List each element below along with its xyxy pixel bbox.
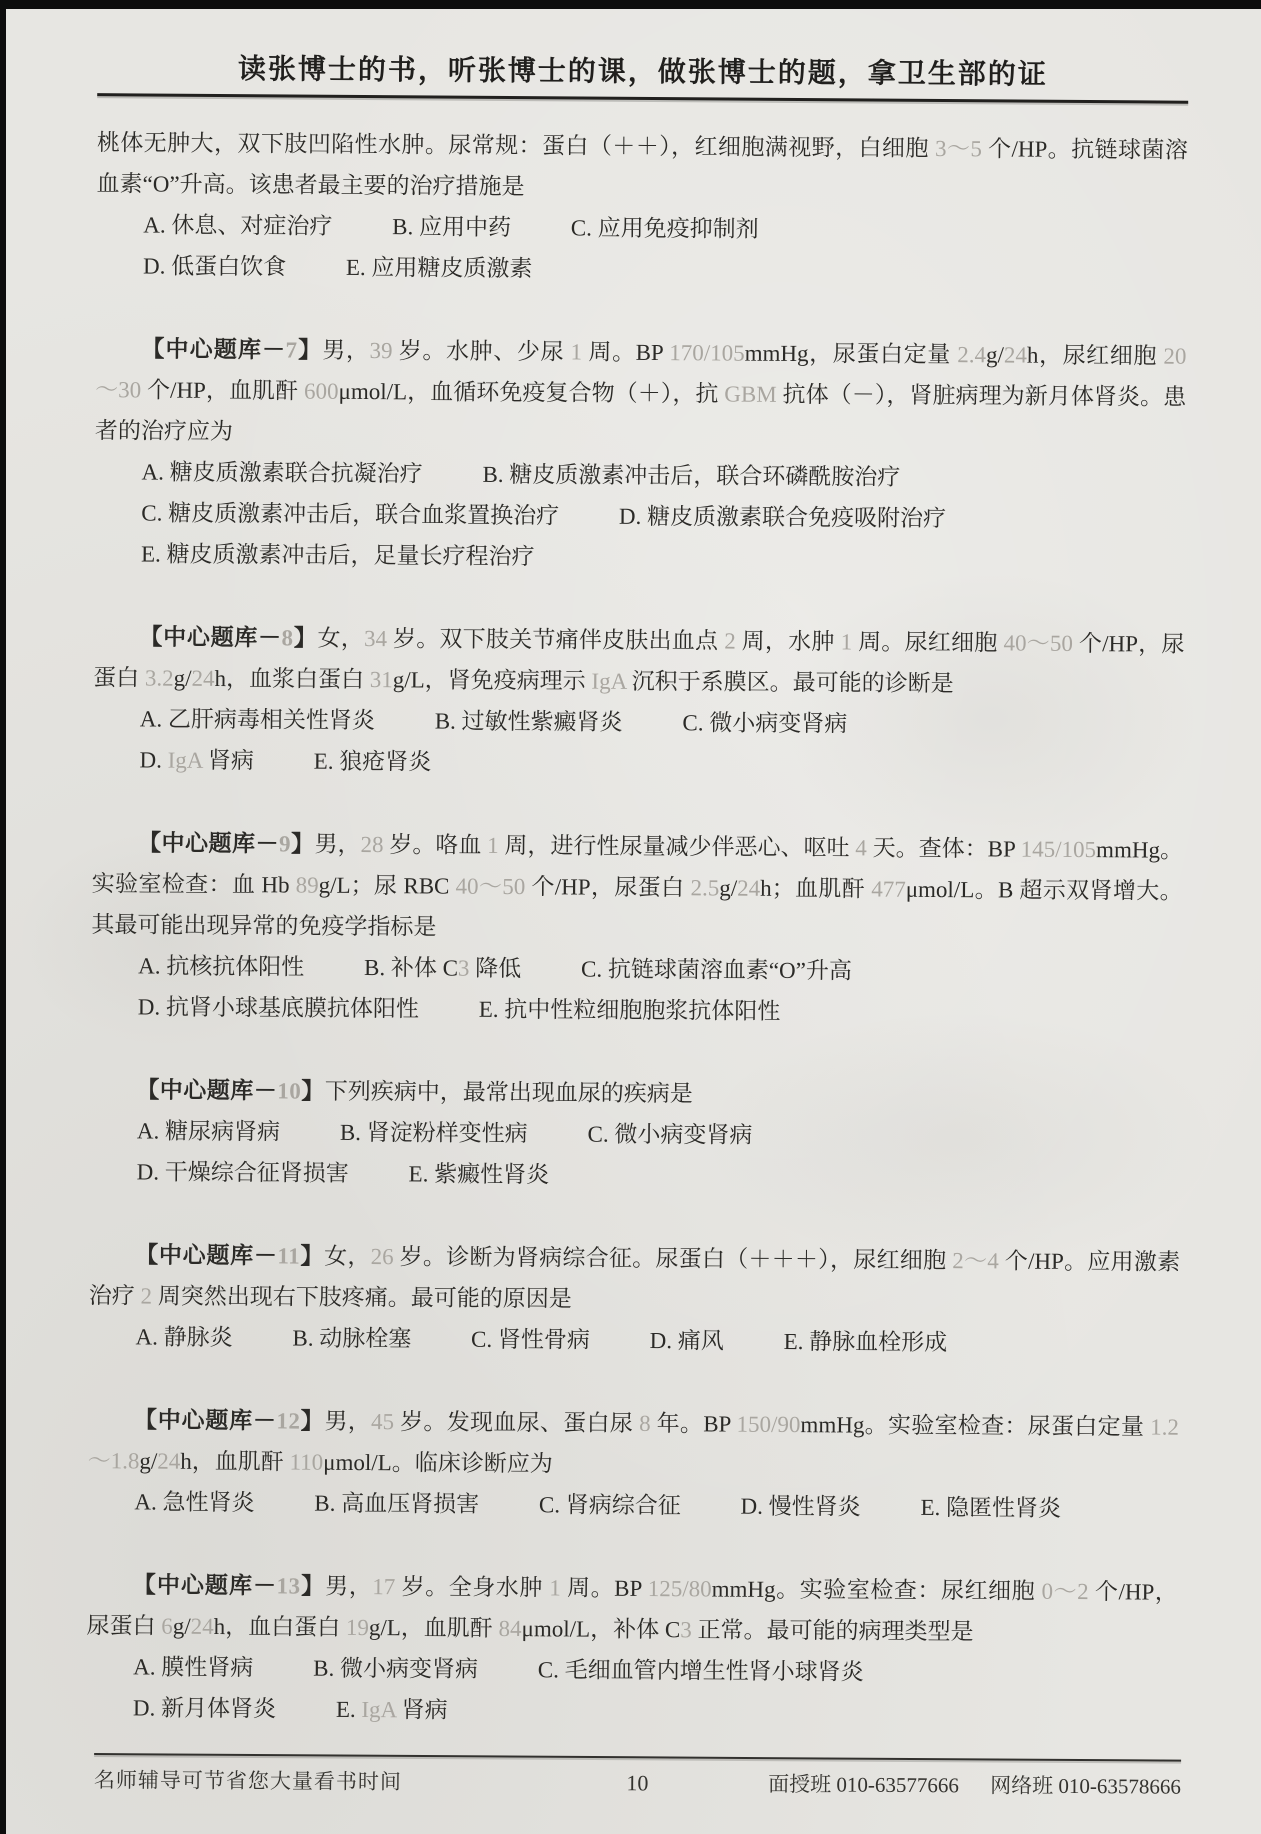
text-segment: 】 xyxy=(297,338,322,363)
text-segment: B. 动脉栓塞 xyxy=(292,1326,411,1352)
text-segment: 周。BP xyxy=(561,1575,648,1601)
faded-print-text: 24 xyxy=(191,666,214,691)
faded-print-text: 1 xyxy=(487,833,499,858)
text-segment: 【中心题库－ xyxy=(138,830,279,856)
text-segment: 【中心题库－ xyxy=(136,1077,277,1103)
scanned-book-page: 读张博士的书，听张博士的课，做张博士的题，拿卫生部的证 桃体无肿大，双下肢凹陷性… xyxy=(0,0,1261,1834)
faded-print-text: 1 xyxy=(570,339,582,364)
option-line: D. 抗肾小球基底膜抗体阳性E. 抗中性粒细胞胞浆抗体阳性 xyxy=(91,986,1182,1035)
faded-print-text: 1 xyxy=(841,629,853,654)
faded-print-text: 39 xyxy=(369,338,392,363)
question-stem: 【中心题库－7】男，39 岁。水肿、少尿 1 周。BP 170/105mmHg，… xyxy=(95,328,1187,459)
option-line: D. 低蛋白饮食E. 应用糖皮质激素 xyxy=(96,245,1187,294)
text-segment: 】 xyxy=(300,1409,324,1434)
text-segment: E. 狼疮肾炎 xyxy=(314,749,432,775)
faded-print-text: 170/105 xyxy=(669,340,745,366)
text-segment: 周。BP xyxy=(582,340,669,366)
faded-print-text: IgA xyxy=(591,669,626,694)
answer-option: A. 休息、对症治疗 xyxy=(143,204,332,246)
text-segment: B. 糖皮质激素冲击后，联合环磷酰胺治疗 xyxy=(482,462,900,490)
text-segment: D. 抗肾小球基底膜抗体阳性 xyxy=(138,994,419,1021)
faded-print-text: 4 xyxy=(855,835,867,860)
question-stem: 桃体无肿大，双下肢凹陷性水肿。尿常规：蛋白（＋＋），红细胞满视野，白细胞 3～5… xyxy=(96,122,1188,212)
faded-print-text: 7 xyxy=(285,337,297,362)
faded-print-text: 28 xyxy=(361,832,384,857)
text-segment: 个/HP，血肌酐 xyxy=(141,377,304,403)
text-segment: B. 肾淀粉样变性病 xyxy=(340,1120,528,1146)
faded-print-text: 2 xyxy=(724,629,736,654)
faded-print-text: 24 xyxy=(737,876,760,901)
text-segment: μmol/L，血循环免疫复合物（＋），抗 xyxy=(338,379,724,407)
text-segment: 岁。全身水肿 xyxy=(395,1574,549,1600)
text-segment: A. 乙肝病毒相关性肾炎 xyxy=(140,706,375,733)
answer-option: A. 糖皮质激素联合抗凝治疗 xyxy=(141,451,422,494)
text-segment: 正常。最可能的病理类型是 xyxy=(692,1617,974,1644)
text-segment: 】 xyxy=(301,1574,326,1599)
text-segment: 周，进行性尿量减少伴恶心、呕吐 xyxy=(499,833,856,860)
faded-print-text: 8 xyxy=(639,1411,651,1436)
page-footer: 名师辅导可节省您大量看书时间 10 面授班 010-63577666 网络班 0… xyxy=(94,1753,1181,1801)
text-segment: A. 糖尿病肾病 xyxy=(137,1118,280,1144)
text-segment: g/L，肾免疫病理示 xyxy=(393,667,592,693)
question-stem: 【中心题库－11】女，26 岁。诊断为肾病综合征。尿蛋白（＋＋＋），尿红细胞 2… xyxy=(89,1234,1181,1324)
text-segment: g/ xyxy=(986,342,1004,367)
text-segment: 周。尿红细胞 xyxy=(852,629,1004,655)
answer-option: A. 静脉炎 xyxy=(135,1316,232,1358)
answer-option: E. 狼疮肾炎 xyxy=(314,741,432,783)
question-10: 【中心题库－10】下列疾病中，最常出现血尿的疾病是A. 糖尿病肾病B. 肾淀粉样… xyxy=(90,1069,1182,1200)
faded-print-text: 40～50 xyxy=(1003,630,1073,655)
text-segment: 男， xyxy=(324,1409,371,1434)
text-segment: mmHg，尿蛋白定量 xyxy=(745,341,958,367)
faded-print-text: 40～50 xyxy=(455,874,525,899)
text-segment: 】 xyxy=(300,1244,324,1269)
faded-print-text: 24 xyxy=(191,1614,214,1639)
text-segment: 天。查体：BP xyxy=(867,836,1021,862)
answer-option: C. 糖皮质激素冲击后，联合血浆置换治疗 xyxy=(141,492,559,536)
text-segment: μmol/L。临床诊断应为 xyxy=(323,1450,553,1477)
faded-print-text: 125/80 xyxy=(648,1576,712,1601)
faded-print-text: 3～5 xyxy=(935,136,982,161)
faded-print-text: 2～4 xyxy=(952,1248,999,1273)
text-segment: 岁。水肿、少尿 xyxy=(392,338,570,364)
faded-print-text: 8 xyxy=(282,625,294,650)
answer-option: B. 微小病变肾病 xyxy=(313,1648,478,1690)
answer-option: C. 应用免疫抑制剂 xyxy=(571,207,759,249)
faded-print-text: 6 xyxy=(161,1614,173,1639)
text-segment: D. xyxy=(139,747,167,772)
faded-print-text: 24 xyxy=(157,1449,180,1474)
text-segment: h，尿红细胞 xyxy=(1027,343,1164,369)
text-segment: D. 慢性肾炎 xyxy=(740,1494,860,1520)
text-segment: D. 干燥综合征肾损害 xyxy=(137,1159,349,1185)
option-line: A. 静脉炎B. 动脉栓塞C. 肾性骨病D. 痛风E. 静脉血栓形成 xyxy=(88,1316,1179,1365)
text-segment: h，血白蛋白 xyxy=(214,1614,346,1640)
header-rule xyxy=(97,93,1188,104)
page-header: 读张博士的书，听张博士的课，做张博士的题，拿卫生部的证 xyxy=(97,46,1188,104)
text-segment: 【中心题库－ xyxy=(134,1407,277,1433)
answer-option: D. IgA 肾病 xyxy=(139,739,254,781)
answer-option: D. 低蛋白饮食 xyxy=(143,245,286,287)
answer-option: E. 糖皮质激素冲击后，足量长疗程治疗 xyxy=(141,533,535,577)
faded-print-text: 9 xyxy=(279,831,291,856)
paper-sheet: 读张博士的书，听张博士的课，做张博士的题，拿卫生部的证 桃体无肿大，双下肢凹陷性… xyxy=(6,9,1261,1834)
text-segment: 岁。发现血尿、蛋白尿 xyxy=(394,1409,639,1436)
faded-print-text: 19 xyxy=(346,1615,369,1640)
text-segment: 女， xyxy=(317,626,364,651)
answer-option: D. 干燥综合征肾损害 xyxy=(137,1151,349,1193)
faded-print-text: 477 xyxy=(871,877,906,902)
answer-option: D. 慢性肾炎 xyxy=(740,1486,860,1528)
text-segment: 岁。诊断为肾病综合征。尿蛋白（＋＋＋），尿红细胞 xyxy=(394,1244,953,1273)
text-segment: h，血浆白蛋白 xyxy=(214,666,369,692)
footer-contacts: 面授班 010-63577666 网络班 010-63578666 xyxy=(648,1767,1181,1800)
option-line: A. 乙肝病毒相关性肾炎B. 过敏性紫癜肾炎C. 微小病变肾病 xyxy=(93,698,1184,747)
faded-print-text: 34 xyxy=(364,626,387,651)
text-segment: g/L，血肌酐 xyxy=(369,1615,499,1641)
text-segment: 降低 xyxy=(469,956,521,981)
faded-print-text: 2 xyxy=(140,1283,152,1308)
answer-option: B. 糖皮质激素冲击后，联合环磷酰胺治疗 xyxy=(482,454,900,498)
text-segment: 男， xyxy=(314,832,360,857)
text-segment: 岁。双下肢关节痛伴皮肤出血点 xyxy=(387,626,724,653)
faded-print-text: 150/90 xyxy=(737,1412,801,1437)
faded-print-text: 26 xyxy=(371,1244,394,1269)
text-segment: E. 糖皮质激素冲击后，足量长疗程治疗 xyxy=(141,541,535,569)
footer-left-note: 名师辅导可节省您大量看书时间 xyxy=(94,1764,627,1797)
faded-print-text: 31 xyxy=(370,667,393,692)
text-segment: 岁。咯血 xyxy=(384,832,488,858)
faded-print-text: 3 xyxy=(680,1617,692,1642)
question-stem: 【中心题库－8】女，34 岁。双下肢关节痛伴皮肤出血点 2 周，水肿 1 周。尿… xyxy=(93,616,1185,706)
answer-option: A. 糖尿病肾病 xyxy=(137,1110,280,1152)
question-11: 【中心题库－11】女，26 岁。诊断为肾病综合征。尿蛋白（＋＋＋），尿红细胞 2… xyxy=(88,1234,1180,1365)
question-stem: 【中心题库－12】男，45 岁。发现血尿、蛋白尿 8 年。BP 150/90mm… xyxy=(88,1399,1180,1489)
text-segment: mmHg。实验室检查：尿红细胞 xyxy=(712,1576,1042,1603)
answer-option: E. 应用糖皮质激素 xyxy=(346,247,533,289)
text-segment: B. 应用中药 xyxy=(392,214,511,240)
text-segment: E. 隐匿性肾炎 xyxy=(920,1495,1061,1521)
text-segment: D. 糖皮质激素联合免疫吸附治疗 xyxy=(619,504,946,531)
answer-option: C. 抗链球菌溶血素“O”升高 xyxy=(581,949,852,992)
faded-print-text: 600 xyxy=(304,379,339,404)
text-segment: 周，水肿 xyxy=(736,629,841,655)
faded-print-text: IgA xyxy=(361,1697,396,1722)
text-segment: 】 xyxy=(294,626,318,651)
footer-contact-face-class: 面授班 010-63577666 xyxy=(768,1772,959,1797)
text-segment: 女， xyxy=(324,1244,371,1269)
text-segment: B. 过敏性紫癜肾炎 xyxy=(435,708,623,734)
text-segment: 个/HP，尿蛋白 xyxy=(525,874,690,900)
question-stem: 【中心题库－13】男，17 岁。全身水肿 1 周。BP 125/80mmHg。实… xyxy=(86,1564,1178,1654)
text-segment: g/ xyxy=(174,666,192,691)
faded-print-text: 2.5 xyxy=(690,875,719,900)
page-number: 10 xyxy=(626,1770,648,1796)
answer-option: E. 静脉血栓形成 xyxy=(784,1321,948,1363)
text-segment: D. 新月体肾炎 xyxy=(133,1695,276,1721)
answer-option: D. 糖皮质激素联合免疫吸附治疗 xyxy=(619,496,946,539)
text-segment: A. 急性肾炎 xyxy=(134,1489,254,1515)
text-segment: 【中心题库－ xyxy=(135,1242,277,1268)
question-list: 桃体无肿大，双下肢凹陷性水肿。尿常规：蛋白（＋＋），红细胞满视野，白细胞 3～5… xyxy=(86,122,1188,1736)
faded-print-text: 110 xyxy=(289,1449,323,1474)
answer-option: E. 紫癜性肾炎 xyxy=(408,1153,549,1195)
faded-print-text: GBM xyxy=(724,382,777,407)
faded-print-text: 11 xyxy=(277,1243,300,1268)
text-segment: 男， xyxy=(322,338,369,363)
text-segment: A. 糖皮质激素联合抗凝治疗 xyxy=(141,459,422,486)
text-segment: D. 痛风 xyxy=(650,1328,724,1354)
text-segment: 【中心题库－ xyxy=(141,336,285,362)
answer-option: A. 膜性肾病 xyxy=(133,1646,253,1688)
header-slogan: 读张博士的书，听张博士的课，做张博士的题，拿卫生部的证 xyxy=(97,46,1188,94)
question-continuation: 桃体无肿大，双下肢凹陷性水肿。尿常规：蛋白（＋＋），红细胞满视野，白细胞 3～5… xyxy=(96,122,1188,294)
faded-print-text: 10 xyxy=(277,1078,301,1103)
text-segment: 】 xyxy=(301,1079,325,1104)
text-segment: 肾病 xyxy=(202,748,254,773)
faded-print-text: 3 xyxy=(458,956,470,981)
text-segment: 肾病 xyxy=(396,1697,448,1722)
answer-option: E. 隐匿性肾炎 xyxy=(920,1487,1061,1529)
faded-print-text: 45 xyxy=(371,1409,394,1434)
text-segment: 】 xyxy=(291,831,315,856)
text-segment: g/ xyxy=(139,1448,157,1473)
text-segment: E. 抗中性粒细胞胞浆抗体阳性 xyxy=(479,997,781,1024)
answer-option: B. 肾淀粉样变性病 xyxy=(340,1112,528,1154)
question-13: 【中心题库－13】男，17 岁。全身水肿 1 周。BP 125/80mmHg。实… xyxy=(86,1564,1178,1736)
answer-option: C. 肾性骨病 xyxy=(471,1319,590,1361)
text-segment: E. 紫癜性肾炎 xyxy=(409,1161,550,1187)
faded-print-text: 89 xyxy=(296,873,319,898)
faded-print-text: 24 xyxy=(1004,342,1027,367)
text-segment: 男， xyxy=(325,1574,372,1599)
text-segment: A. 膜性肾病 xyxy=(133,1654,253,1680)
footer-contact-net-class: 网络班 010-63578666 xyxy=(990,1773,1181,1798)
text-segment: C. 微小病变肾病 xyxy=(587,1122,752,1148)
answer-option: D. 新月体肾炎 xyxy=(133,1687,276,1729)
text-segment: D. 低蛋白饮食 xyxy=(143,253,286,279)
faded-print-text: 17 xyxy=(372,1574,395,1599)
answer-option: D. 抗肾小球基底膜抗体阳性 xyxy=(138,986,419,1029)
text-segment: 【中心题库－ xyxy=(139,624,281,650)
text-segment: C. 糖皮质激素冲击后，联合血浆置换治疗 xyxy=(141,500,559,528)
text-segment: mmHg。实验室检查：尿蛋白定量 xyxy=(800,1412,1150,1439)
text-segment: E. xyxy=(336,1697,362,1722)
text-segment: 沉积于系膜区。最可能的诊断是 xyxy=(626,669,954,696)
faded-print-text: 2.4 xyxy=(957,342,986,367)
text-segment: h；血肌酐 xyxy=(760,876,871,902)
answer-option: C. 毛细血管内增生性肾小球肾炎 xyxy=(538,1649,864,1692)
text-segment: 桃体无肿大，双下肢凹陷性水肿。尿常规：蛋白（＋＋），红细胞满视野，白细胞 xyxy=(97,130,935,161)
text-segment: E. 静脉血栓形成 xyxy=(784,1329,948,1355)
faded-print-text: 0～2 xyxy=(1041,1579,1088,1604)
faded-print-text: 3.2 xyxy=(145,665,174,690)
text-segment: E. 应用糖皮质激素 xyxy=(346,255,533,281)
answer-option: E. IgA 肾病 xyxy=(336,1689,448,1731)
question-8: 【中心题库－8】女，34 岁。双下肢关节痛伴皮肤出血点 2 周，水肿 1 周。尿… xyxy=(92,616,1184,788)
answer-option: B. 应用中药 xyxy=(392,206,511,248)
text-segment: C. 肾病综合征 xyxy=(539,1492,681,1518)
answer-option: A. 急性肾炎 xyxy=(134,1481,254,1523)
answer-option: E. 抗中性粒细胞胞浆抗体阳性 xyxy=(479,989,781,1032)
question-stem: 【中心题库－9】男，28 岁。咯血 1 周，进行性尿量减少伴恶心、呕吐 4 天。… xyxy=(91,822,1183,953)
answer-option: A. 乙肝病毒相关性肾炎 xyxy=(140,698,375,741)
answer-option: B. 过敏性紫癜肾炎 xyxy=(435,700,623,742)
answer-option: C. 微小病变肾病 xyxy=(682,702,847,744)
answer-option: B. 动脉栓塞 xyxy=(292,1318,411,1360)
text-segment: 【中心题库－ xyxy=(133,1572,277,1598)
text-segment: A. 休息、对症治疗 xyxy=(143,212,332,238)
answer-option: C. 肾病综合征 xyxy=(539,1484,681,1526)
text-segment: C. 肾性骨病 xyxy=(471,1327,590,1353)
text-segment: A. 静脉炎 xyxy=(135,1324,232,1350)
answer-option: C. 微小病变肾病 xyxy=(587,1114,752,1156)
text-segment: C. 抗链球菌溶血素“O”升高 xyxy=(581,957,852,984)
text-segment: B. 高血压肾损害 xyxy=(314,1491,479,1517)
option-line: D. IgA 肾病E. 狼疮肾炎 xyxy=(92,739,1183,788)
option-line: D. 干燥综合征肾损害E. 紫癜性肾炎 xyxy=(90,1151,1181,1200)
question-7: 【中心题库－7】男，39 岁。水肿、少尿 1 周。BP 170/105mmHg，… xyxy=(94,328,1187,582)
answer-option: B. 高血压肾损害 xyxy=(314,1483,479,1525)
text-segment: μmol/L，补体 C xyxy=(522,1616,681,1642)
text-segment: C. 毛细血管内增生性肾小球肾炎 xyxy=(538,1657,864,1684)
text-segment: B. 补体 C xyxy=(364,955,458,981)
text-segment: g/ xyxy=(719,875,737,900)
answer-option: D. 痛风 xyxy=(650,1320,724,1362)
text-segment: g/ xyxy=(173,1614,191,1639)
question-12: 【中心题库－12】男，45 岁。发现血尿、蛋白尿 8 年。BP 150/90mm… xyxy=(87,1399,1179,1530)
faded-print-text: 12 xyxy=(276,1408,300,1433)
text-segment: h，血肌酐 xyxy=(180,1449,289,1475)
faded-print-text: 13 xyxy=(277,1573,301,1598)
text-segment: C. 微小病变肾病 xyxy=(682,710,847,736)
text-segment: A. 抗核抗体阳性 xyxy=(138,953,304,979)
answer-option: B. 补体 C3 降低 xyxy=(364,947,521,989)
text-segment: 下列疾病中，最常出现血尿的疾病是 xyxy=(325,1079,693,1107)
faded-print-text: 84 xyxy=(499,1616,522,1641)
faded-print-text: 1 xyxy=(549,1575,561,1600)
option-line: E. 糖皮质激素冲击后，足量长疗程治疗 xyxy=(94,533,1185,582)
text-segment: 周突然出现右下肢疼痛。最可能的原因是 xyxy=(152,1284,572,1312)
answer-option: A. 抗核抗体阳性 xyxy=(138,945,304,987)
text-segment: 年。BP xyxy=(651,1411,737,1437)
page-content: 读张博士的书，听张博士的课，做张博士的题，拿卫生部的证 桃体无肿大，双下肢凹陷性… xyxy=(6,9,1261,1834)
question-9: 【中心题库－9】男，28 岁。咯血 1 周，进行性尿量减少伴恶心、呕吐 4 天。… xyxy=(91,822,1183,1035)
faded-print-text: IgA xyxy=(168,748,203,773)
faded-print-text: 145/105 xyxy=(1021,837,1097,863)
option-line: D. 新月体肾炎E. IgA 肾病 xyxy=(86,1687,1177,1736)
option-line: A. 急性肾炎B. 高血压肾损害C. 肾病综合征D. 慢性肾炎E. 隐匿性肾炎 xyxy=(87,1481,1178,1530)
text-segment: C. 应用免疫抑制剂 xyxy=(571,215,759,241)
text-segment: B. 微小病变肾病 xyxy=(313,1656,478,1682)
text-segment: g/L；尿 RBC xyxy=(319,873,456,899)
